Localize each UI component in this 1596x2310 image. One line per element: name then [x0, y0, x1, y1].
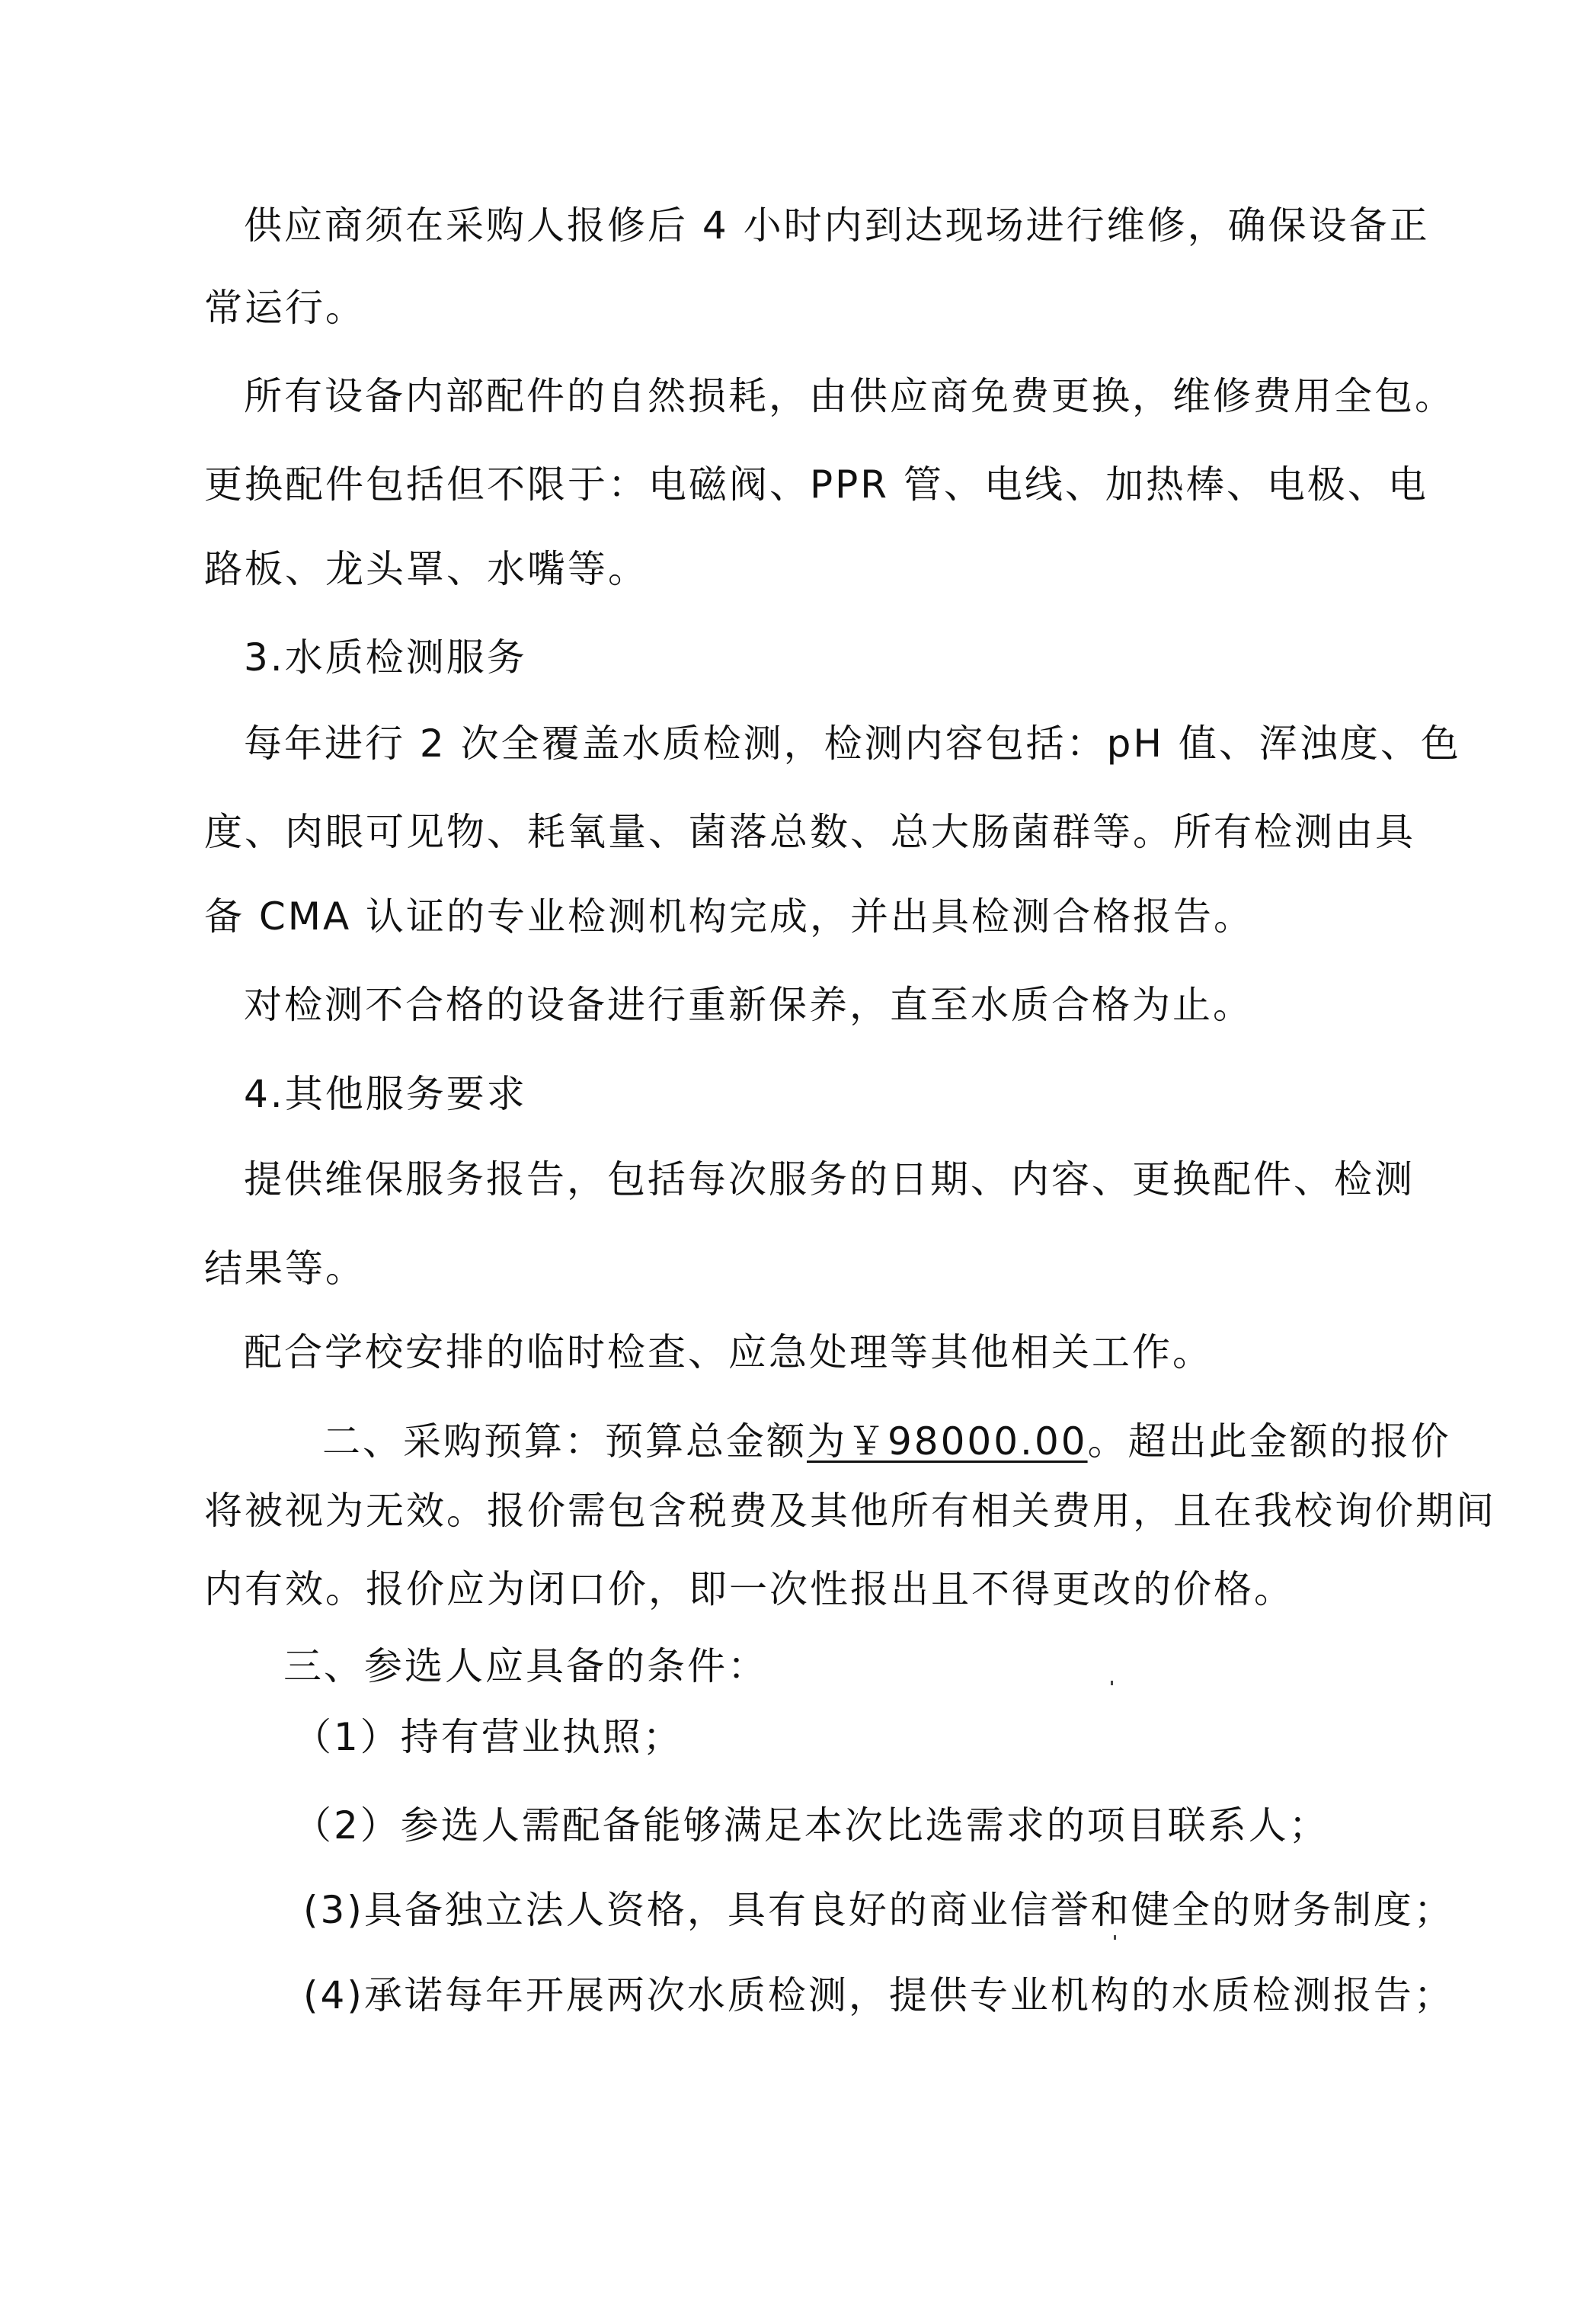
paragraph-line: 更换配件包括但不限于：电磁阀、PPR 管、电线、加热棒、电极、电 [204, 462, 1428, 507]
scan-speck [1114, 1935, 1116, 1940]
paragraph-line: 结果等。 [204, 1246, 366, 1291]
paragraph-line: 路板、龙头罩、水嘴等。 [204, 546, 648, 592]
paragraph-line: 将被视为无效。报价需包含税费及其他所有相关费用，且在我校询价期间 [204, 1488, 1496, 1534]
budget-prefix: 二、采购预算：预算总金额 [322, 1419, 807, 1464]
paragraph-line: 每年进行 2 次全覆盖水质检测，检测内容包括：pH 值、浑浊度、色 [244, 721, 1461, 766]
paragraph-line: 配合学校安排的临时检查、应急处理等其他相关工作。 [244, 1329, 1213, 1375]
scan-speck [1111, 1681, 1113, 1685]
conditions-heading: 三、参选人应具备的条件： [283, 1643, 768, 1689]
budget-suffix: 。超出此金额的报价 [1088, 1419, 1451, 1464]
budget-amount: 为￥98000.00 [807, 1419, 1088, 1464]
section-heading-other-services: 4.其他服务要求 [244, 1071, 527, 1117]
condition-item: （1）持有营业执照； [293, 1714, 683, 1760]
condition-item: (4)承诺每年开展两次水质检测，提供专业机构的水质检测报告； [303, 1972, 1454, 2018]
condition-item: （2）参选人需配备能够满足本次比选需求的项目联系人； [293, 1803, 1329, 1848]
paragraph-line: 所有设备内部配件的自然损耗，由供应商免费更换，维修费用全包。 [244, 373, 1455, 419]
paragraph-line: 常运行。 [204, 285, 366, 331]
budget-line: 二、采购预算：预算总金额为￥98000.00。超出此金额的报价 [322, 1419, 1451, 1464]
paragraph-line: 供应商须在采购人报修后 4 小时内到达现场进行维修，确保设备正 [244, 203, 1430, 248]
paragraph-line: 提供维保服务报告，包括每次服务的日期、内容、更换配件、检测 [244, 1157, 1415, 1202]
document-page: 供应商须在采购人报修后 4 小时内到达现场进行维修，确保设备正 常运行。 所有设… [0, 0, 1596, 2310]
condition-item: (3)具备独立法人资格，具有良好的商业信誉和健全的财务制度； [303, 1887, 1454, 1933]
paragraph-line: 内有效。报价应为闭口价，即一次性报出且不得更改的价格。 [204, 1566, 1294, 1612]
paragraph-line: 对检测不合格的设备进行重新保养，直至水质合格为止。 [244, 982, 1253, 1028]
section-heading-water-testing: 3.水质检测服务 [244, 635, 527, 680]
paragraph-line: 备 CMA 认证的专业检测机构完成，并出具检测合格报告。 [204, 894, 1254, 939]
paragraph-line: 度、肉眼可见物、耗氧量、菌落总数、总大肠菌群等。所有检测由具 [204, 809, 1415, 855]
